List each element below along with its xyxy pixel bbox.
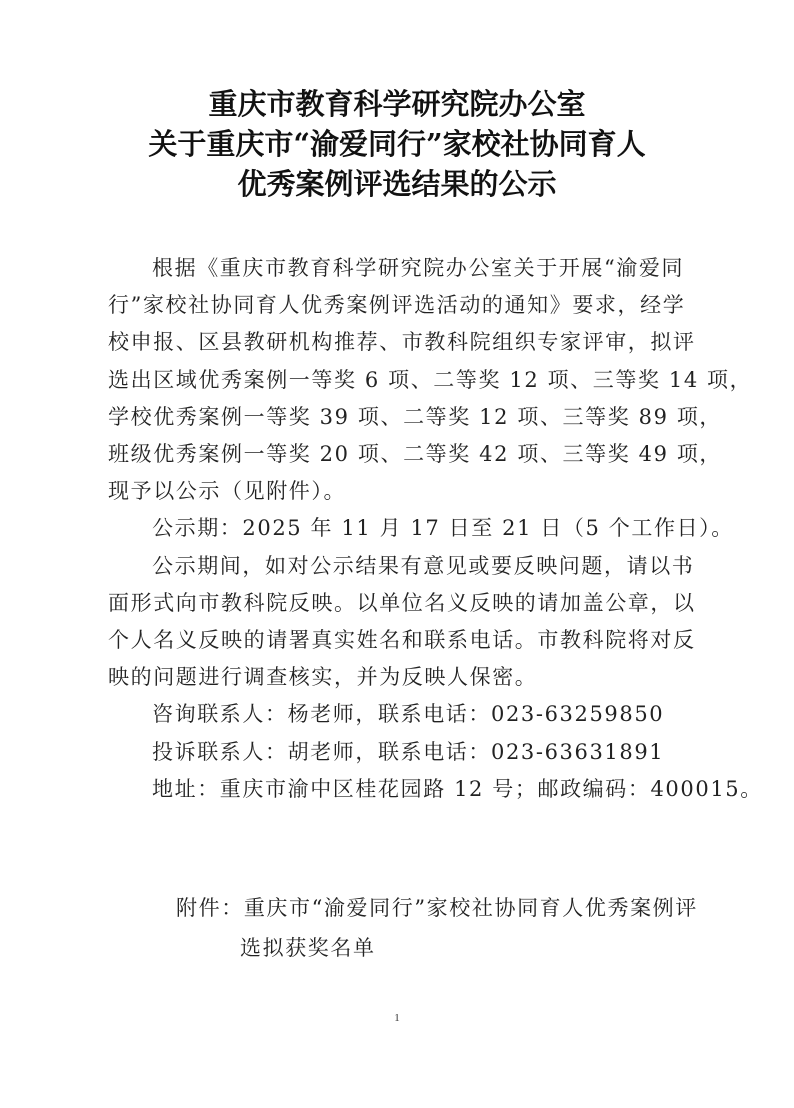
intro-line-5: 学校优秀案例一等奖 39 项、二等奖 12 项、三等奖 89 项， [108,399,690,436]
feedback-line-2: 面形式向市教科院反映。以单位名义反映的请加盖公章，以 [108,585,690,622]
intro-paragraph: 根据《重庆市教育科学研究院办公室关于开展“渝爱同 行”家校社协同育人优秀案例评选… [108,250,690,510]
page-number: 1 [0,1012,794,1024]
feedback-paragraph: 公示期间，如对公示结果有意见或要反映问题，请以书 面形式向市教科院反映。以单位名… [108,548,690,697]
intro-line-6: 班级优秀案例一等奖 20 项、二等奖 42 项、三等奖 49 项， [108,436,690,473]
document-page: 重庆市教育科学研究院办公室 关于重庆市“渝爱同行”家校社协同育人 优秀案例评选结… [0,0,794,1108]
document-title: 重庆市教育科学研究院办公室 关于重庆市“渝爱同行”家校社协同育人 优秀案例评选结… [0,84,794,204]
attachment-line-2[interactable]: 选拟获奖名单 [176,928,696,968]
address: 地址：重庆市渝中区桂花园路 12 号；邮政编码：400015。 [108,771,690,808]
feedback-line-3: 个人名义反映的请署真实姓名和联系电话。市教科院将对反 [108,622,690,659]
publicity-period: 公示期：2025 年 11 月 17 日至 21 日（5 个工作日）。 [108,510,690,547]
document-body: 根据《重庆市教育科学研究院办公室关于开展“渝爱同 行”家校社协同育人优秀案例评选… [108,250,690,808]
attachment: 附件：重庆市“渝爱同行”家校社协同育人优秀案例评 选拟获奖名单 [176,888,696,968]
attachment-label: 附件： [176,896,244,920]
title-line-2: 关于重庆市“渝爱同行”家校社协同育人 [0,124,794,164]
consult-contact: 咨询联系人：杨老师，联系电话：023-63259850 [108,696,690,733]
attachment-link[interactable]: 重庆市“渝爱同行”家校社协同育人优秀案例评 [244,896,698,920]
intro-line-1: 根据《重庆市教育科学研究院办公室关于开展“渝爱同 [108,250,690,287]
intro-line-3: 校申报、区县教研机构推荐、市教科院组织专家评审，拟评 [108,324,690,361]
feedback-line-1: 公示期间，如对公示结果有意见或要反映问题，请以书 [108,548,690,585]
intro-line-2: 行”家校社协同育人优秀案例评选活动的通知》要求，经学 [108,287,690,324]
feedback-line-4: 映的问题进行调查核实，并为反映人保密。 [108,659,690,696]
title-line-3: 优秀案例评选结果的公示 [0,164,794,204]
complaint-contact: 投诉联系人：胡老师，联系电话：023-63631891 [108,734,690,771]
title-line-1: 重庆市教育科学研究院办公室 [0,84,794,124]
intro-line-4: 选出区域优秀案例一等奖 6 项、二等奖 12 项、三等奖 14 项， [108,362,690,399]
attachment-line-1: 附件：重庆市“渝爱同行”家校社协同育人优秀案例评 [176,888,696,928]
intro-line-7: 现予以公示（见附件）。 [108,473,690,510]
